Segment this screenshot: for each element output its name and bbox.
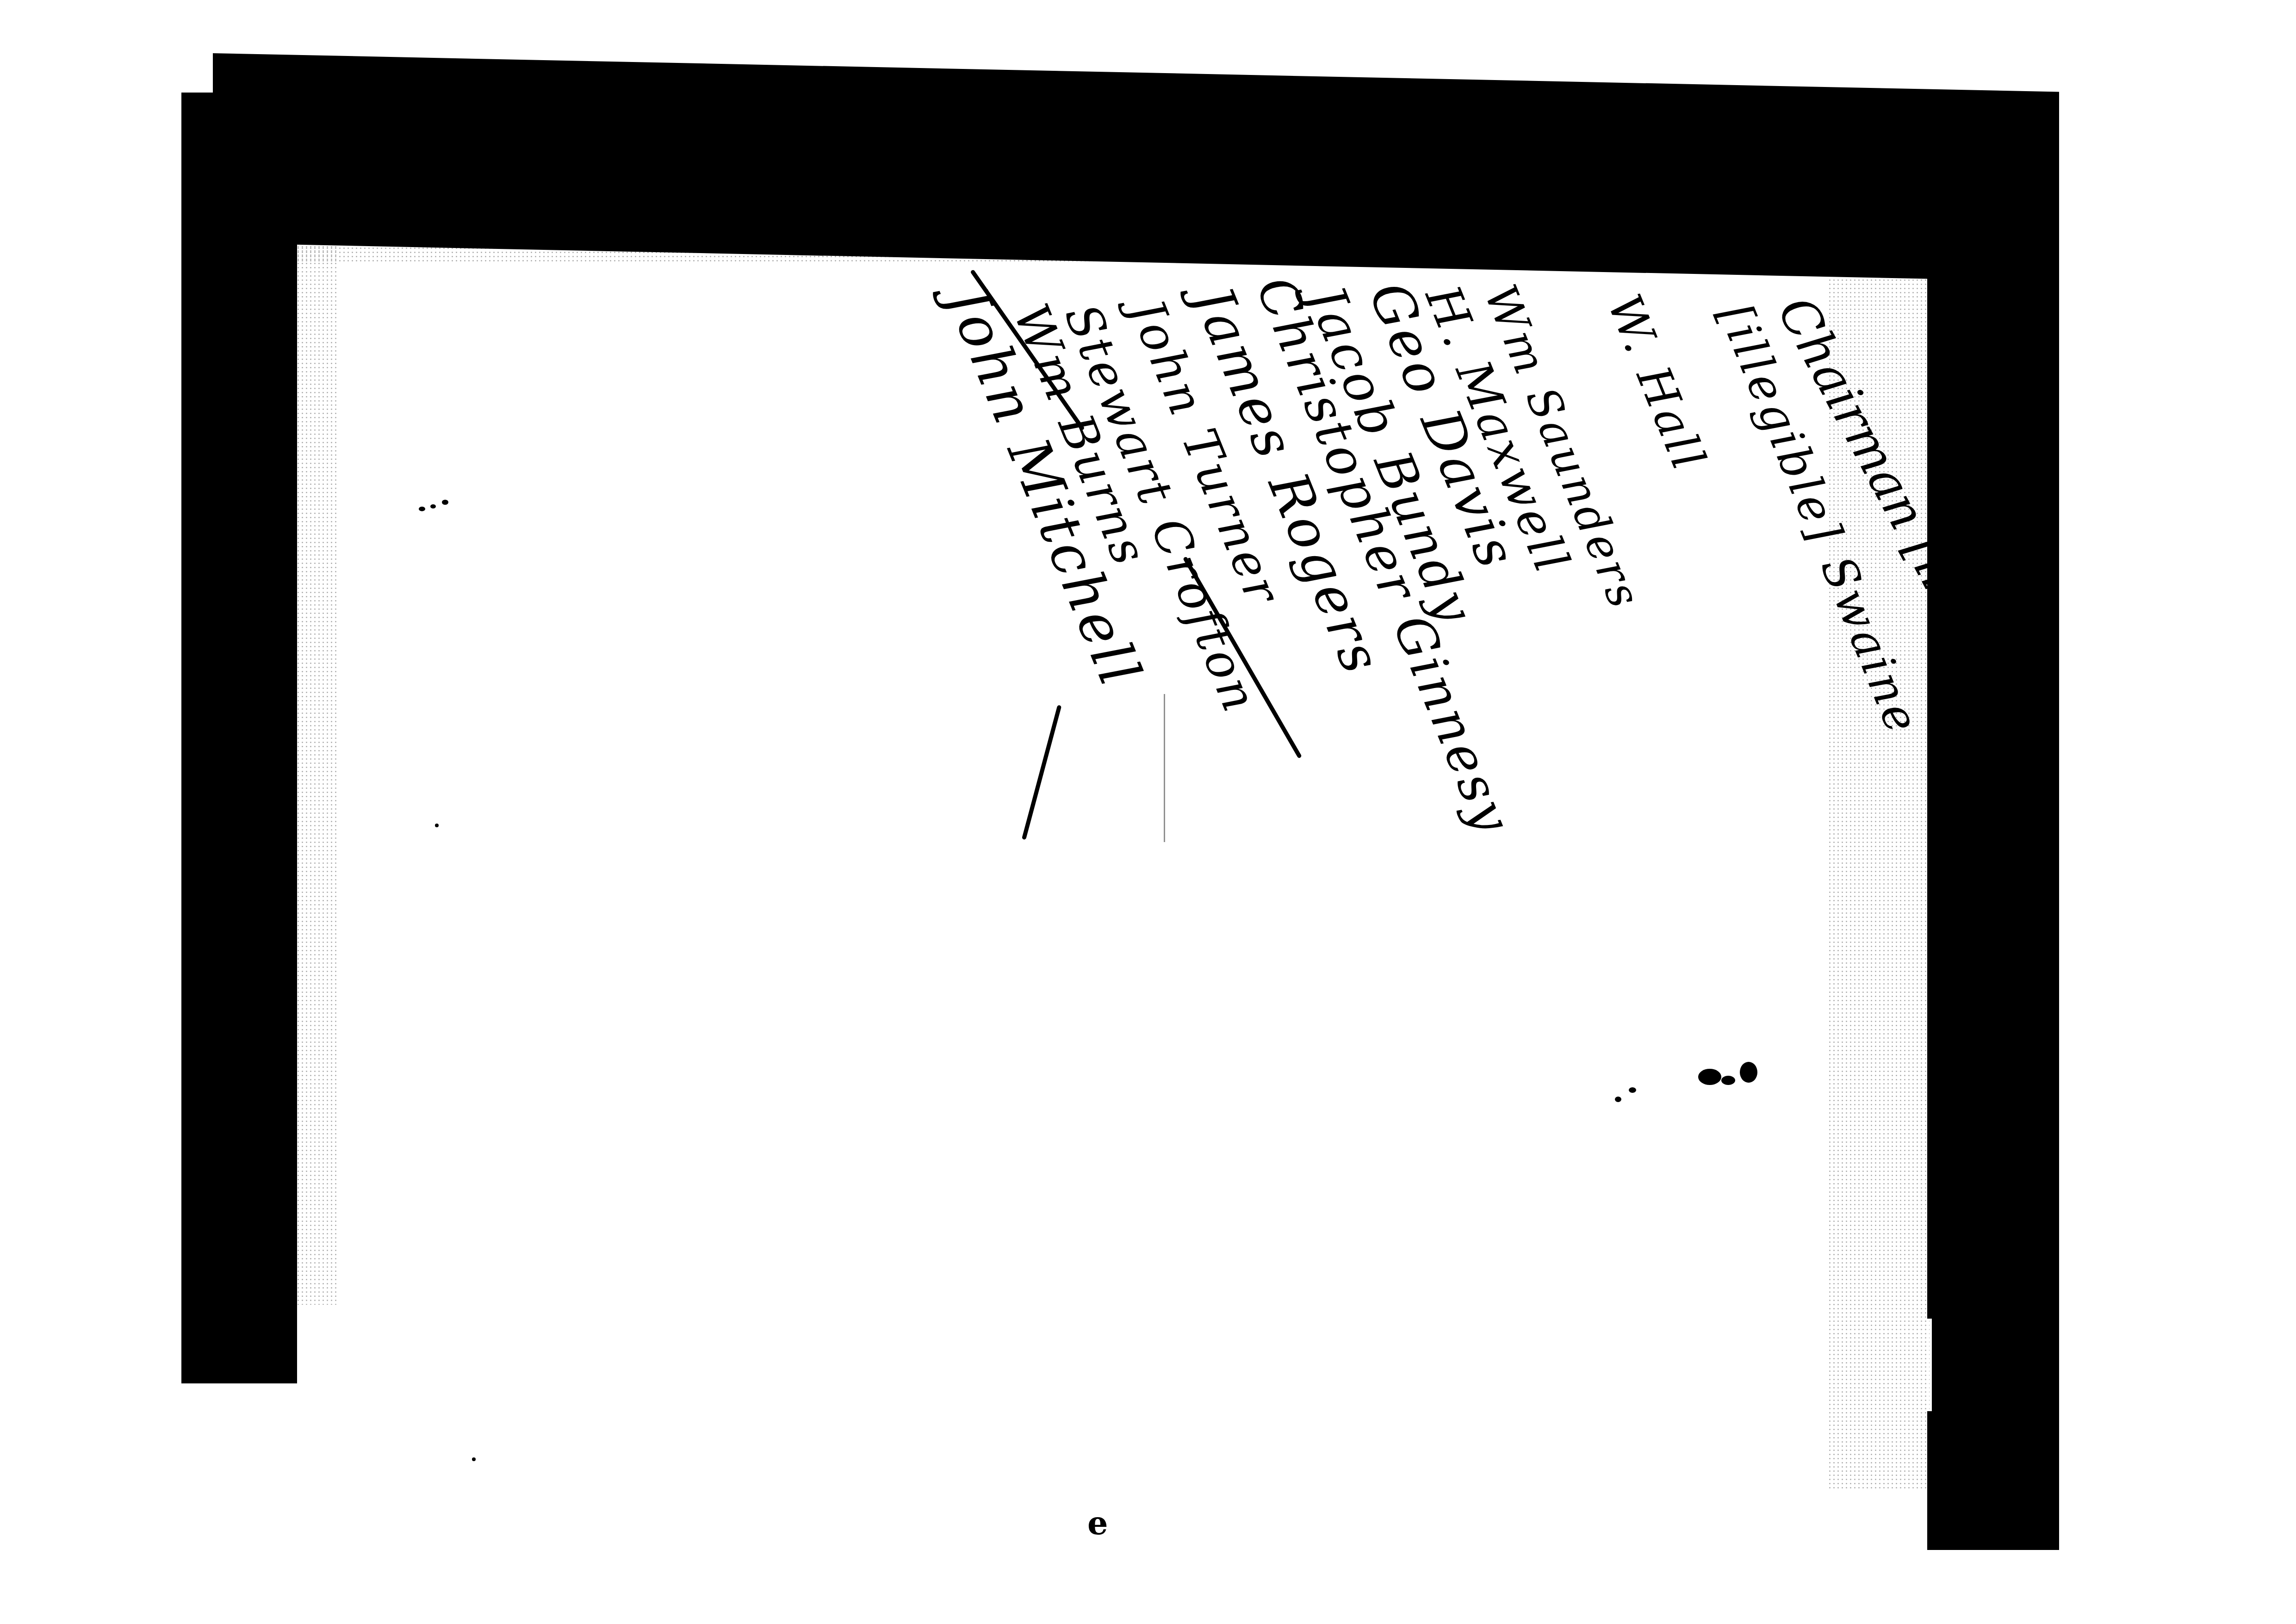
scanned-page: Chairman [illegible] [illegible] Swaine …: [0, 0, 2296, 1624]
ink-speck: [435, 824, 439, 827]
ink-speck: [472, 1457, 476, 1461]
ink-speck: [1615, 1097, 1621, 1102]
ink-speck: [1629, 1087, 1636, 1093]
bottom-margin-mark: e: [1087, 1504, 1108, 1542]
scan-frame-right: [1927, 93, 2059, 1550]
ink-blot: [1698, 1069, 1721, 1085]
fold-line: [1164, 694, 1165, 842]
scan-frame-left: [181, 93, 297, 1383]
ink-blot: [1740, 1062, 1757, 1083]
ink-speck: [442, 500, 448, 505]
ink-speck: [419, 507, 425, 511]
ink-speck: [430, 504, 436, 508]
ink-blot: [1721, 1076, 1735, 1085]
